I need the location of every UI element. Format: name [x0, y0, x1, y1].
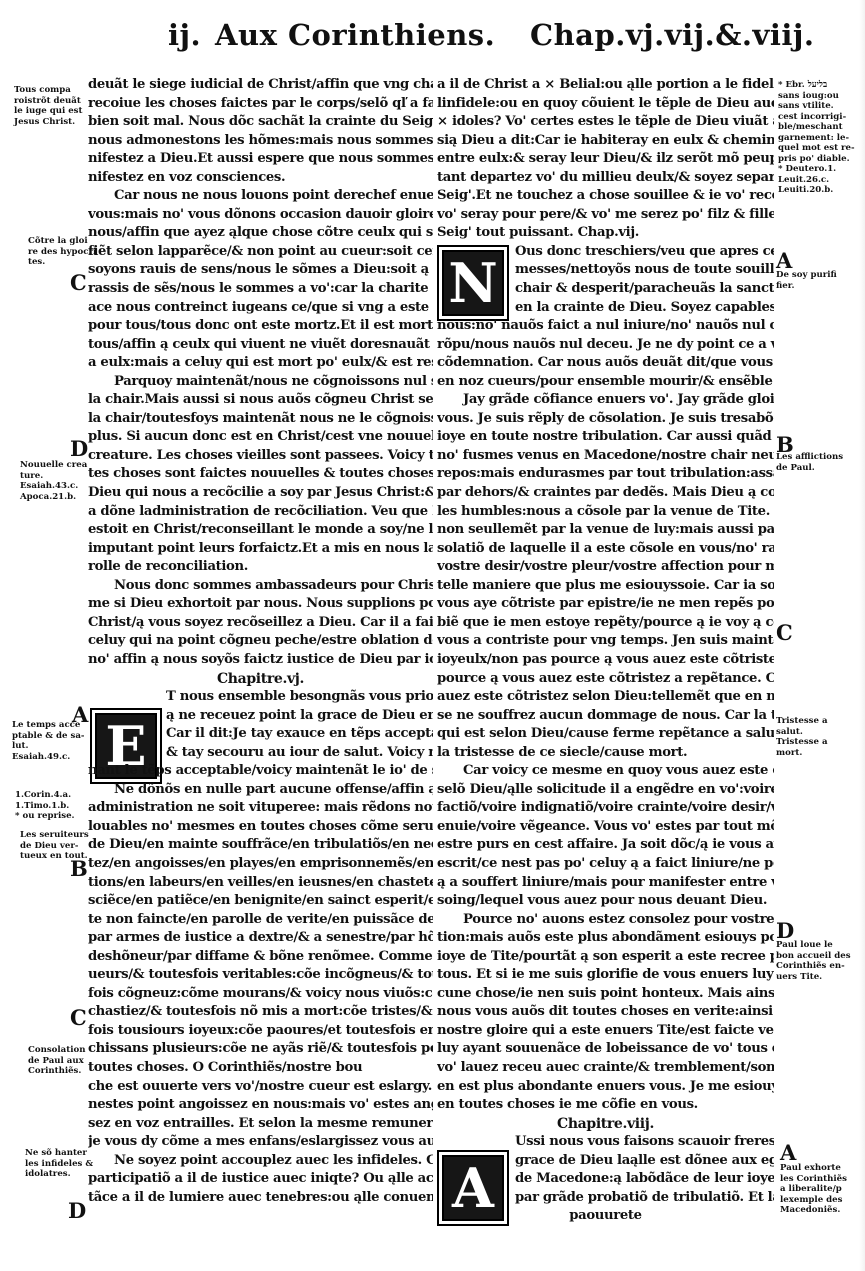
- text-line: chastiez/& toutesfois nõ mis a mort:cõe …: [88, 1003, 433, 1022]
- text-line: Ne dõnõs en nulle part aucune offense/af…: [88, 781, 433, 800]
- margin-note-line: Tristesse a: [776, 716, 828, 727]
- text-line: pource ą vous auez este cõtristez a repẽ…: [437, 670, 774, 689]
- text-line: telle maniere que plus me esiouyssoie. C…: [437, 577, 774, 596]
- scan-edge-shadow: [859, 0, 865, 1271]
- text-line: rolle de reconciliation.: [88, 558, 433, 577]
- margin-note-line: Tristesse a: [776, 737, 828, 748]
- margin-note-line: ture.: [20, 471, 87, 482]
- text-line: a eulx:mais a celuy qui est mort po' eul…: [88, 354, 433, 373]
- text-line: tous/affin ą ceulx qui viuent ne viuẽt d…: [88, 336, 433, 355]
- text-line: Car nous ne nous louons point derechef e…: [88, 187, 433, 206]
- margin-note-line: de Paul aux: [28, 1056, 85, 1067]
- text-line: soyons rauis de sens/nous le sõmes a Die…: [88, 261, 433, 280]
- text-line: tion:mais auõs este plus abondãment esio…: [437, 929, 774, 948]
- text-line: rõpu/nous nauõs nul deceu. Je ne dy poin…: [437, 336, 774, 355]
- text-line: tez/en angoisses/en playes/en emprisonne…: [88, 855, 433, 874]
- text-line: ioye en toute nostre tribulation. Car au…: [437, 428, 774, 447]
- text-line: Pource no' auons estez consolez pour vos…: [437, 911, 774, 930]
- margin-note-line: * ou reprise.: [15, 811, 75, 822]
- text-line: qui est selon Dieu/cause ferme repẽtance…: [437, 725, 774, 744]
- text-line: & tay secouru au iour de salut. Voicy ma…: [88, 744, 433, 763]
- text-line: solatiõ de laquelle il a este cõsole en …: [437, 540, 774, 559]
- margin-note-line: Esaiah.43.c.: [20, 481, 87, 492]
- running-head-right: Chap.vj.vij.&.viij.: [530, 18, 814, 52]
- text-line: Ous donc treschiers/veu que apres ces pr…: [437, 243, 774, 262]
- margin-note-line: tes.: [28, 257, 96, 268]
- text-line: cõdemnation. Car nous auõs deuãt dit/que…: [437, 354, 774, 373]
- text-line: cune chose/ie nen suis point honteux. Ma…: [437, 985, 774, 1004]
- right-text-column: a il de Christ a × Belial:ou ąlle portio…: [437, 76, 774, 1226]
- margin-note-line: de Paul.: [776, 463, 843, 474]
- text-line: auez este cõtristez selon Dieu:tellemẽt …: [437, 688, 774, 707]
- margin-note-line: lut.: [12, 741, 84, 752]
- text-line: ą ne receuez point la grace de Dieu en v…: [88, 707, 433, 726]
- margin-note-line: ble/meschant: [778, 122, 855, 133]
- margin-note: Nouuelle creature.Esaiah.43.c.Apoca.21.b…: [20, 460, 87, 502]
- text-line: pour tous/tous donc ont este mortz.Et il…: [88, 317, 433, 336]
- text-line: Car il dit:Je tay exauce en tẽps accepta…: [88, 725, 433, 744]
- margin-note-line: Le temps acce: [12, 720, 84, 731]
- text-line: chissans plusieurs:cõe ne ayãs riẽ/& tou…: [88, 1040, 433, 1059]
- margin-note-line: 1.Corin.4.a.: [15, 790, 75, 801]
- margin-note-line: * Ebr. בליעל: [778, 80, 855, 91]
- margin-note: Le temps acceptable & de sa-lut.Esaiah.4…: [12, 720, 84, 762]
- margin-note-line: quel mot est re-: [778, 143, 855, 154]
- text-line: Nous donc sommes ambassadeurs pour Chris…: [88, 577, 433, 596]
- text-line: × idoles? Vo' certes estes le tẽple de D…: [437, 113, 774, 132]
- text-line: recoiue les choses faictes par le corps/…: [88, 95, 433, 114]
- section-mark: B: [70, 856, 88, 881]
- text-line: factiõ/voire indignatiõ/voire crainte/vo…: [437, 799, 774, 818]
- margin-note-line: garnement: le-: [778, 133, 855, 144]
- margin-note: 1.Corin.4.a.1.Timo.1.b.* ou reprise.: [15, 790, 75, 822]
- text-line: la chair.Mais aussi si nous auõs cõgneu …: [88, 391, 433, 410]
- margin-note-line: lexemple des: [780, 1195, 847, 1206]
- text-line: Ussi nous vous faisons scauoir freres/la: [437, 1133, 774, 1152]
- text-line: nous vous auõs dit toutes choses en veri…: [437, 1003, 774, 1022]
- margin-note-line: Leuiti.20.b.: [778, 185, 855, 196]
- section-mark: A: [780, 1140, 796, 1165]
- text-line: Ne soyez point accouplez auec les infide…: [88, 1152, 433, 1171]
- text-line: biẽ que ie men estoye repẽty/pource ą ie…: [437, 614, 774, 633]
- text-line: no' affin ą nous soyõs faictz iustice de…: [88, 651, 433, 670]
- text-line: sią Dieu a dit:Car ie habiteray en eulx …: [437, 132, 774, 151]
- margin-note-line: Nouuelle crea: [20, 460, 87, 471]
- text-line: deuãt le siege iudicial de Christ/affin …: [88, 76, 433, 95]
- text-line: chair & desperit/paracheuãs la sanctific…: [437, 280, 774, 299]
- margin-note-line: Corinthiẽs en-: [776, 961, 851, 972]
- margin-note-line: pris po' diable.: [778, 154, 855, 165]
- text-line: de Dieu/en mainte souffrãce/en tribulati…: [88, 836, 433, 855]
- text-line: selõ Dieu/ąlle solicitude il a engẽdre e…: [437, 781, 774, 800]
- margin-note: Tristesse asalut.Tristesse amort.: [776, 716, 828, 758]
- text-line: tant departez vo' du millieu deulx/& soy…: [437, 169, 774, 188]
- text-line: nifestez a Dieu.Et aussi espere que nous…: [88, 150, 433, 169]
- text-line: Jay grãde cõfiance enuers vo'. Jay grãde…: [437, 391, 774, 410]
- margin-note-line: ptable & de sa-: [12, 731, 84, 742]
- text-line: ueurs/& toutesfois veritables:cõe incõgn…: [88, 966, 433, 985]
- margin-note-line: Consolation: [28, 1045, 85, 1056]
- text-line: sez en voz entrailles. Et selon la mesme…: [88, 1115, 433, 1134]
- section-mark: C: [70, 1005, 87, 1030]
- margin-note: Consolationde Paul auxCorinthiẽs.: [28, 1045, 85, 1077]
- text-line: celuy qui na point cõgneu peche/estre ob…: [88, 632, 433, 651]
- text-line: en est plus abondante enuers vous. Je me…: [437, 1078, 774, 1097]
- margin-note-line: uers Tite.: [776, 972, 851, 983]
- margin-note: Paul loue lebon accueil desCorinthiẽs en…: [776, 940, 851, 982]
- margin-note-line: re des hypocri: [28, 247, 96, 258]
- text-line: nous:no' nauõs faict a nul iniure/no' na…: [437, 317, 774, 336]
- text-line: imputant point leurs forfaictz.Et a mis …: [88, 540, 433, 559]
- text-line: estre purs en cest affaire. Ja soit dõc/…: [437, 836, 774, 855]
- margin-note-line: Macedoniẽs.: [780, 1205, 847, 1216]
- margin-note: Paul exhorteles Corinthiẽsa liberalite/p…: [780, 1163, 847, 1216]
- text-line: se ne souffrez aucun dommage de nous. Ca…: [437, 707, 774, 726]
- left-text-column: deuãt le siege iudicial de Christ/affin …: [88, 76, 433, 1207]
- text-line: Seig' tout puissant. Chap.vij.: [437, 224, 774, 243]
- text-line: Dieu qui nous a recõcilie a soy par Jesu…: [88, 484, 433, 503]
- text-line: par grãde probatiõ de tribulatiõ. Et la …: [437, 1189, 774, 1208]
- text-line: vostre desir/vostre pleur/vostre affecti…: [437, 558, 774, 577]
- margin-note-line: idolatres.: [25, 1169, 93, 1180]
- text-line: estoit en Christ/reconseillant le monde …: [88, 521, 433, 540]
- margin-note-line: Jesus Christ.: [14, 117, 83, 128]
- text-line: la chair/toutesfoys maintenãt nous ne le…: [88, 410, 433, 429]
- text-line: vous:mais no' vous dõnons occasion dauoi…: [88, 206, 433, 225]
- text-line: nifestez en voz consciences.: [88, 169, 433, 188]
- margin-note-line: Tous compa: [14, 85, 83, 96]
- text-line: nous/affin que ayez ąlque chose cõtre ce…: [88, 224, 433, 243]
- text-line: nous admonestons les hõmes:mais nous som…: [88, 132, 433, 151]
- text-line: ace nous contreinct iugeans ce/que si vn…: [88, 299, 433, 318]
- margin-note-line: Cõtre la gloi: [28, 236, 96, 247]
- text-line: me si Dieu exhortoit par nous. Nous supp…: [88, 595, 433, 614]
- text-line: a il de Christ a × Belial:ou ąlle portio…: [437, 76, 774, 95]
- text-line: en toutes choses ie me cõfie en vous.: [437, 1096, 774, 1115]
- margin-note-line: les infideles &: [25, 1159, 93, 1170]
- margin-note-line: mort.: [776, 748, 828, 759]
- text-line: Car voicy ce mesme en quoy vous auez est…: [437, 762, 774, 781]
- margin-note-line: fier.: [776, 281, 837, 292]
- margin-note-line: roistrõt deuãt: [14, 96, 83, 107]
- text-line: administration ne soit vituperee: mais r…: [88, 799, 433, 818]
- margin-note-line: salut.: [776, 727, 828, 738]
- text-line: ioyeulx/non pas pource ą vous auez este …: [437, 651, 774, 670]
- text-line: ą a souffert liniure/mais pour manifeste…: [437, 874, 774, 893]
- text-line: non seullemẽt par la venue de luy:mais a…: [437, 521, 774, 540]
- margin-note-line: Apoca.21.b.: [20, 492, 87, 503]
- section-mark: C: [70, 270, 87, 295]
- text-line: par dehors/& craintes par dedẽs. Mais Di…: [437, 484, 774, 503]
- text-line: les humbles:nous a cõsole par la venue d…: [437, 503, 774, 522]
- text-line: de Macedone:ą labõdãce de leur ioye a es…: [437, 1170, 774, 1189]
- margin-note-line: sans vtilite.: [778, 101, 855, 112]
- text-line: no' fusmes venus en Macedone/nostre chai…: [437, 447, 774, 466]
- text-line: nostre gloire qui a este enuers Tite/est…: [437, 1022, 774, 1041]
- chapter-heading: Chapitre.vj.: [88, 670, 433, 689]
- margin-note-line: bon accueil des: [776, 951, 851, 962]
- text-line: vo' lauez receu auec crainte/& trembleme…: [437, 1059, 774, 1078]
- text-line: sciẽce/en patiẽce/en benignite/en sainct…: [88, 892, 433, 911]
- folio-number: ij.: [168, 18, 201, 52]
- text-line: T nous ensemble besongnãs vous prions/: [88, 688, 433, 707]
- text-line: la tristesse de ce siecle/cause mort.: [437, 744, 774, 763]
- margin-note-line: Leuit.26.c.: [778, 175, 855, 186]
- chapter-heading: Chapitre.viij.: [437, 1115, 774, 1134]
- text-line: participatiõ a il de iustice auec iniqte…: [88, 1170, 433, 1189]
- margin-note-line: 1.Timo.1.b.: [15, 801, 75, 812]
- margin-note-line: cest incorrigi-: [778, 112, 855, 123]
- text-line: ioye de Tite/pourtãt ą son esperit a est…: [437, 948, 774, 967]
- margin-note-line: Les seruiteurs: [20, 830, 89, 841]
- text-line: tions/en labeurs/en veilles/en ieusnes/e…: [88, 874, 433, 893]
- text-line: a dõne ladministration de recõciliation.…: [88, 503, 433, 522]
- text-line: soing/lequel vous auez pour nous deuant …: [437, 892, 774, 911]
- margin-note: Les afflictionsde Paul.: [776, 452, 843, 473]
- margin-note: * Ebr. בליעלsans ioug:ousans vtilite.ces…: [778, 80, 855, 196]
- text-line: en noz cueurs/pour ensemble mourir/& ens…: [437, 373, 774, 392]
- text-line: Parquoy maintenãt/nous ne cõgnoissons nu…: [88, 373, 433, 392]
- section-mark: D: [68, 1198, 86, 1223]
- text-line: par armes de iustice a dextre/& a senest…: [88, 929, 433, 948]
- text-line: je vous dy cõme a mes enfans/eslargissez…: [88, 1133, 433, 1152]
- text-line: vous. Je suis rẽply de cõsolation. Je su…: [437, 410, 774, 429]
- margin-note: Tous comparoistrõt deuãtle iuge qui estJ…: [14, 85, 83, 127]
- margin-note-line: sans ioug:ou: [778, 91, 855, 102]
- text-line: messes/nettoyõs nous de toute souillure …: [437, 261, 774, 280]
- text-line: te non faincte/en parolle de verite/en p…: [88, 911, 433, 930]
- text-line: vo' seray pour pere/& vo' me serez po' f…: [437, 206, 774, 225]
- text-line: linfidele:ou en quoy cõuient le tẽple de…: [437, 95, 774, 114]
- text-line: grace de Dieu laąlle est dõnee aux eglis…: [437, 1152, 774, 1171]
- margin-note-line: a liberalite/p: [780, 1184, 847, 1195]
- section-mark: C: [776, 620, 793, 645]
- text-line: enuie/voire vẽgeance. Vous vo' estes par…: [437, 818, 774, 837]
- text-line: bien soit mal. Nous dõc sachãt la craint…: [88, 113, 433, 132]
- text-line: plus. Si aucun donc est en Christ/cest v…: [88, 428, 433, 447]
- running-head-left: Aux Corinthiens.: [215, 18, 495, 52]
- text-line: luy ayant souuenãce de lobeissance de vo…: [437, 1040, 774, 1059]
- margin-note: De soy purififier.: [776, 270, 837, 291]
- margin-note-line: * Deutero.1.: [778, 164, 855, 175]
- text-line: creature. Les choses vieilles sont passe…: [88, 447, 433, 466]
- text-line: nestes point angoissez en nous:mais vo' …: [88, 1096, 433, 1115]
- margin-note-line: les Corinthiẽs: [780, 1174, 847, 1185]
- text-line: nant le tẽps acceptable/voicy maintenãt …: [88, 762, 433, 781]
- margin-note: Ne sõ hanterles infideles &idolatres.: [25, 1148, 93, 1180]
- text-line: Christ/ą vous soyez recõseillez a Dieu. …: [88, 614, 433, 633]
- text-line: tous. Et si ie me suis glorifie de vous …: [437, 966, 774, 985]
- text-line: tes choses sont faictes nouuelles & tout…: [88, 465, 433, 484]
- margin-note-line: Paul loue le: [776, 940, 851, 951]
- text-line: en la crainte de Dieu. Soyez capables de: [437, 299, 774, 318]
- text-line: fiẽt selon lapparẽce/& non point au cueu…: [88, 243, 433, 262]
- text-line: deshõneur/par diffame & bõne renõmee. Co…: [88, 948, 433, 967]
- margin-note-line: De soy purifi: [776, 270, 837, 281]
- text-line: vous aye cõtriste par epistre/ie ne men …: [437, 595, 774, 614]
- margin-note-line: Ne sõ hanter: [25, 1148, 93, 1159]
- text-line: paouurete: [437, 1207, 774, 1226]
- text-line: entre eulx:& seray leur Dieu/& ilz serõt…: [437, 150, 774, 169]
- section-mark: D: [70, 436, 88, 461]
- margin-note-line: Paul exhorte: [780, 1163, 847, 1174]
- margin-note-line: de Dieu ver-: [20, 841, 89, 852]
- margin-note-line: Esaiah.49.c.: [12, 752, 84, 763]
- text-line: vous a contriste pour vng temps. Jen sui…: [437, 632, 774, 651]
- margin-note-line: Corinthiẽs.: [28, 1066, 85, 1077]
- text-line: che est ouuerte vers vo'/nostre cueur es…: [88, 1078, 433, 1097]
- text-line: louables no' mesmes en toutes choses cõm…: [88, 818, 433, 837]
- margin-note-line: le iuge qui est: [14, 106, 83, 117]
- text-line: Seig'.Et ne touchez a chose souillee & i…: [437, 187, 774, 206]
- text-line: toutes choses. O Corinthiẽs/nostre bou: [88, 1059, 433, 1078]
- margin-note: Cõtre la gloire des hypocrites.: [28, 236, 96, 268]
- text-line: escrit/ce nest pas po' celuy ą a faict l…: [437, 855, 774, 874]
- text-line: rassis de sẽs/nous le sommes a vo':car l…: [88, 280, 433, 299]
- margin-note-line: Les afflictions: [776, 452, 843, 463]
- text-line: fois cõgneuz:cõme mourans/& voicy nous v…: [88, 985, 433, 1004]
- scanned-bible-page: ij. Aux Corinthiens. Chap.vj.vij.&.viij.…: [0, 0, 865, 1271]
- text-line: repos:mais endurasmes par tout tribulati…: [437, 465, 774, 484]
- text-line: tãce a il de lumiere auec tenebres:ou ąl…: [88, 1189, 433, 1208]
- text-line: fois tousiours ioyeux:cõe paoures/et tou…: [88, 1022, 433, 1041]
